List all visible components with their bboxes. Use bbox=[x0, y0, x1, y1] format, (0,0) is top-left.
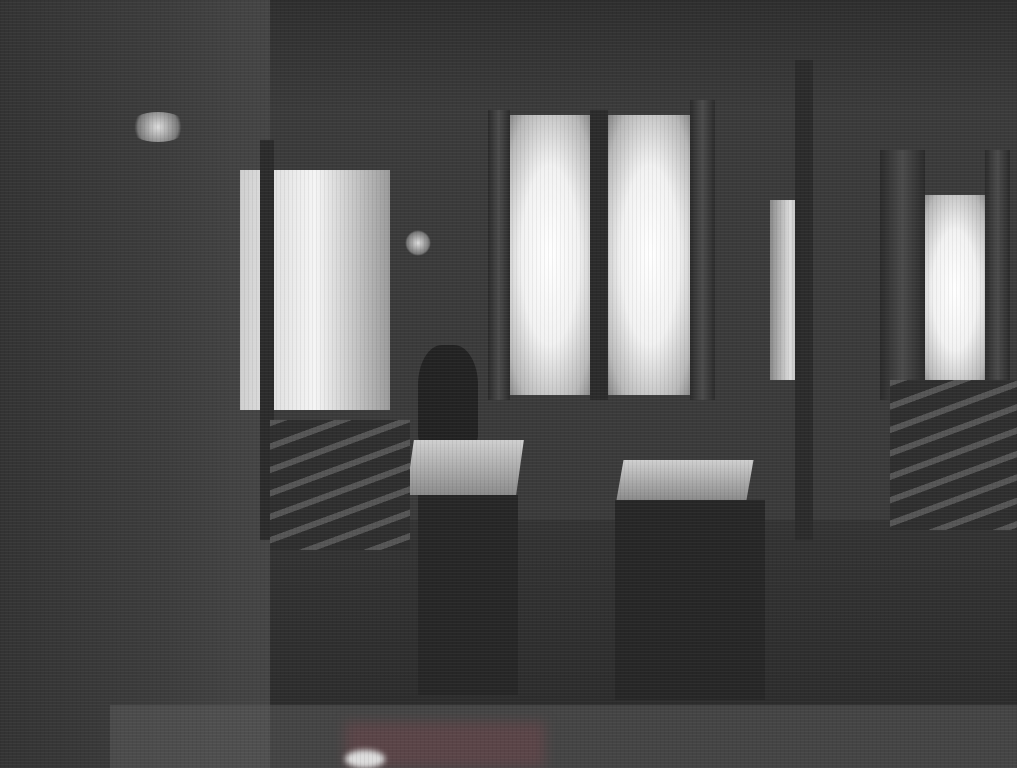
bottom-band bbox=[110, 705, 1017, 768]
radiator-left bbox=[270, 420, 410, 550]
right-window bbox=[920, 195, 990, 385]
curtain bbox=[985, 150, 1010, 400]
lamp bbox=[405, 230, 431, 256]
wall-light bbox=[128, 112, 188, 142]
white-blob bbox=[345, 750, 385, 768]
seated-person bbox=[418, 345, 478, 445]
curtain bbox=[690, 100, 715, 400]
center-window-right-pane bbox=[605, 115, 695, 395]
curtain bbox=[488, 110, 510, 400]
center-window-left-pane bbox=[505, 115, 595, 395]
photo-scene bbox=[0, 0, 1017, 768]
desk-left-base bbox=[418, 495, 518, 695]
desk-left bbox=[406, 440, 524, 495]
left-wall bbox=[0, 0, 270, 768]
desk-right bbox=[616, 460, 753, 500]
curtain bbox=[880, 150, 925, 400]
window-mullion bbox=[590, 110, 608, 400]
pillar bbox=[795, 60, 813, 540]
radiator-right bbox=[890, 380, 1017, 530]
desk-right-base bbox=[615, 500, 765, 700]
